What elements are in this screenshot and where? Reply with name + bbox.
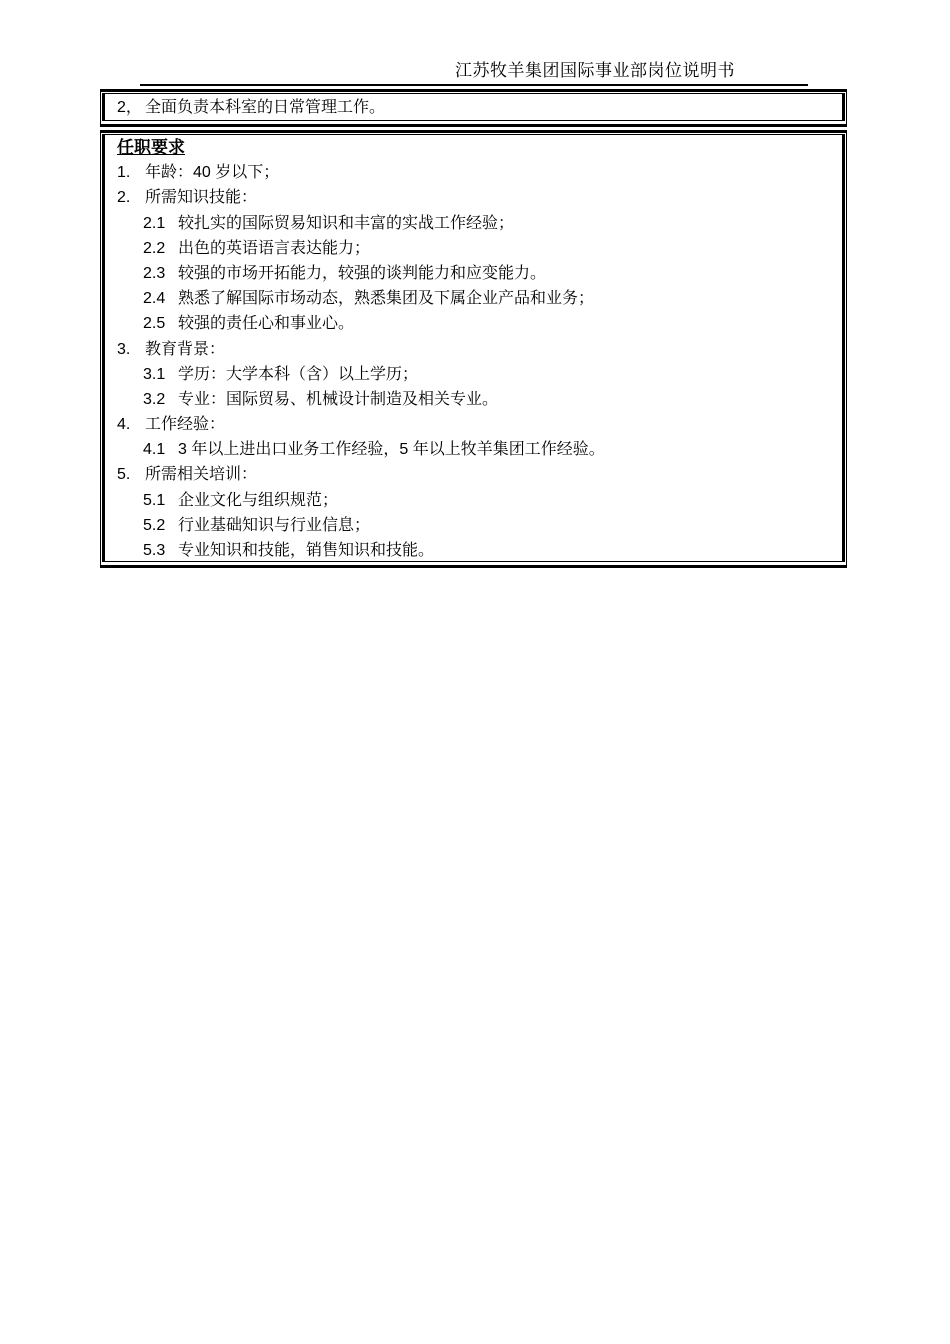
requirement-subitem: 2.1较扎实的国际贸易知识和丰富的实战工作经验； (105, 211, 842, 236)
item-text: 较强的责任心和事业心。 (178, 315, 354, 332)
item-text: 较扎实的国际贸易知识和丰富的实战工作经验； (178, 215, 514, 232)
item-text: 年龄：40 岁以下； (145, 164, 279, 181)
requirement-subitem: 5.2行业基础知识与行业信息； (105, 513, 842, 538)
requirement-item: 3.教育背景： (105, 337, 842, 362)
requirement-subitem: 2.4熟悉了解国际市场动态，熟悉集团及下属企业产品和业务； (105, 286, 842, 311)
item-number: 5.3 (143, 538, 178, 562)
duties-box: 2，全面负责本科室的日常管理工作。 (100, 89, 847, 127)
requirement-item: 5.所需相关培训： (105, 462, 842, 487)
requirement-subitem: 5.1企业文化与组织规范； (105, 488, 842, 513)
item-number: 3. (117, 337, 145, 362)
item-number: 5.1 (143, 488, 178, 513)
page-header: 江苏牧羊集团国际事业部岗位说明书 (0, 0, 950, 89)
requirements-box-inner: 任职要求 1.年龄：40 岁以下； 2.所需知识技能： 2.1较扎实的国际贸易知… (102, 134, 845, 562)
item-number: 2.2 (143, 236, 178, 261)
item-text: 专业知识和技能，销售知识和技能。 (178, 542, 434, 559)
item-number: 5.2 (143, 513, 178, 538)
item-number: 2. (117, 185, 145, 210)
item-text: 所需相关培训： (145, 466, 257, 483)
item-text: 行业基础知识与行业信息； (178, 517, 370, 534)
duty-item-number: 2， (117, 94, 145, 121)
requirement-item: 1.年龄：40 岁以下； (105, 160, 842, 185)
item-text: 工作经验： (145, 416, 225, 433)
requirement-subitem: 3.2专业：国际贸易、机械设计制造及相关专业。 (105, 387, 842, 412)
item-number: 4. (117, 412, 145, 437)
document-page: { "header": { "title": "江苏牧羊集团国际事业部岗位说明书… (0, 0, 950, 1344)
requirement-item: 4.工作经验： (105, 412, 842, 437)
item-number: 5. (117, 462, 145, 487)
requirement-subitem: 2.5较强的责任心和事业心。 (105, 311, 842, 336)
requirement-subitem: 2.2出色的英语语言表达能力； (105, 236, 842, 261)
requirement-subitem: 4.13 年以上进出口业务工作经验，5 年以上牧羊集团工作经验。 (105, 437, 842, 462)
item-number: 3.1 (143, 362, 178, 387)
duty-item: 2，全面负责本科室的日常管理工作。 (105, 94, 842, 121)
item-text: 3 年以上进出口业务工作经验，5 年以上牧羊集团工作经验。 (178, 441, 605, 458)
item-text: 专业：国际贸易、机械设计制造及相关专业。 (178, 391, 498, 408)
item-number: 2.4 (143, 286, 178, 311)
document-content: 2，全面负责本科室的日常管理工作。 任职要求 1.年龄：40 岁以下； 2.所需… (100, 89, 847, 568)
duties-box-inner: 2，全面负责本科室的日常管理工作。 (102, 93, 845, 121)
requirement-subitem: 3.1学历：大学本科（含）以上学历； (105, 362, 842, 387)
requirement-item: 2.所需知识技能： (105, 185, 842, 210)
requirements-heading: 任职要求 (117, 135, 185, 160)
requirements-box: 任职要求 1.年龄：40 岁以下； 2.所需知识技能： 2.1较扎实的国际贸易知… (100, 130, 847, 568)
item-text: 熟悉了解国际市场动态，熟悉集团及下属企业产品和业务； (178, 290, 594, 307)
item-text: 学历：大学本科（含）以上学历； (178, 366, 418, 383)
item-number: 3.2 (143, 387, 178, 412)
requirements-heading-row: 任职要求 (105, 135, 842, 160)
item-number: 2.5 (143, 311, 178, 336)
header-title: 江苏牧羊集团国际事业部岗位说明书 (455, 61, 735, 81)
item-text: 较强的市场开拓能力，较强的谈判能力和应变能力。 (178, 265, 546, 282)
duty-item-text: 全面负责本科室的日常管理工作。 (145, 99, 385, 116)
item-text: 教育背景： (145, 341, 225, 358)
header-rule (140, 84, 808, 86)
requirement-subitem: 5.3专业知识和技能，销售知识和技能。 (105, 538, 842, 562)
item-number: 2.3 (143, 261, 178, 286)
item-text: 出色的英语语言表达能力； (178, 240, 370, 257)
item-text: 企业文化与组织规范； (178, 492, 338, 509)
item-number: 1. (117, 160, 145, 185)
item-text: 所需知识技能： (145, 189, 257, 206)
requirement-subitem: 2.3较强的市场开拓能力，较强的谈判能力和应变能力。 (105, 261, 842, 286)
item-number: 2.1 (143, 211, 178, 236)
item-number: 4.1 (143, 437, 178, 462)
